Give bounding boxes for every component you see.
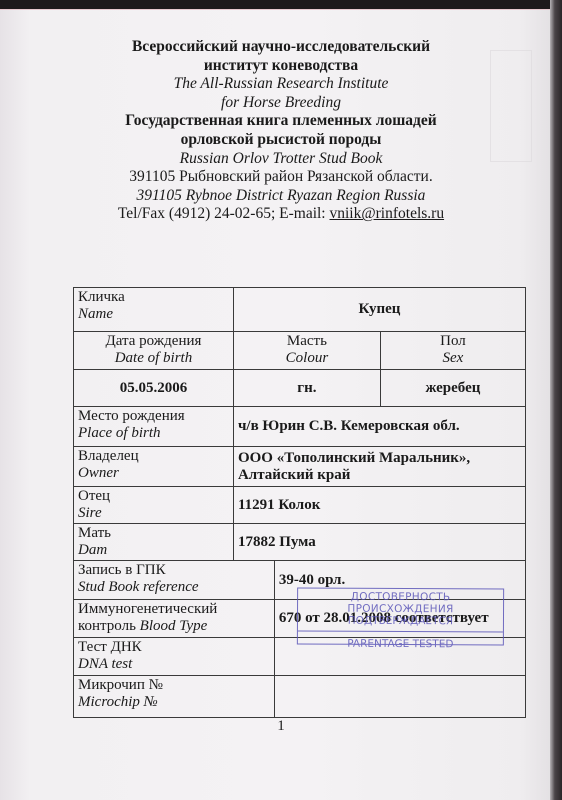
label-dna-test: Тест ДНК DNA test bbox=[74, 638, 275, 676]
value-sex: жеребец bbox=[380, 370, 525, 407]
parentage-tested-stamp: ДОСТОВЕРНОСТЬ ПРОИСХОЖДЕНИЯ ПОДТВЕРЖДАЕТ… bbox=[297, 587, 504, 645]
label-studbook-reference: Запись в ГПК Stud Book reference bbox=[74, 561, 275, 600]
institute-name-en-2: for Horse Breeding bbox=[0, 94, 562, 113]
value-dam: 17882 Пума bbox=[233, 524, 525, 561]
contact-line: Tel/Fax (4912) 24-02-65; E-mail: vniik@r… bbox=[0, 205, 562, 224]
label-blood-type: Иммуногенетический контроль Blood Type bbox=[74, 600, 275, 638]
row-sire: Отец Sire 11291 Колок bbox=[74, 487, 526, 524]
page-number: 1 bbox=[0, 718, 562, 735]
row-dob-colour-sex-labels: Дата рождения Date of birth Масть Colour… bbox=[74, 332, 526, 370]
contact-phone: Tel/Fax (4912) 24-02-65; E-mail: bbox=[118, 205, 330, 222]
studbook-title-ru-2: орловской рысистой породы bbox=[0, 131, 562, 150]
row-name: Кличка Name Купец bbox=[74, 288, 526, 332]
label-colour: Масть Colour bbox=[233, 332, 380, 370]
value-place-of-birth: ч/в Юрин С.В. Кемеровская обл. bbox=[233, 407, 525, 447]
stamp-line-3: PARENTAGE TESTED bbox=[298, 637, 503, 650]
institute-name-ru-1: Всероссийский научно-исследовательский bbox=[0, 38, 562, 57]
address-ru: 391105 Рыбновский район Рязанской област… bbox=[0, 168, 562, 187]
value-sire: 11291 Колок bbox=[233, 487, 525, 524]
label-owner: Владелец Owner bbox=[74, 447, 234, 487]
value-colour: гн. bbox=[233, 370, 380, 407]
studbook-title-en: Russian Orlov Trotter Stud Book bbox=[0, 150, 562, 169]
label-dob: Дата рождения Date of birth bbox=[74, 332, 234, 370]
row-dam: Мать Dam 17882 Пума bbox=[74, 524, 526, 561]
label-microchip: Микрочип № Microchip № bbox=[74, 676, 275, 718]
value-microchip bbox=[274, 676, 525, 718]
label-sire: Отец Sire bbox=[74, 487, 234, 524]
address-en: 391105 Rybnoe District Ryazan Region Rus… bbox=[0, 187, 562, 206]
studbook-title-ru-1: Государственная книга племенных лошадей bbox=[0, 112, 562, 131]
label-name: Кличка Name bbox=[74, 288, 234, 332]
row-place-of-birth: Место рождения Place of birth ч/в Юрин С… bbox=[74, 407, 526, 447]
label-place-of-birth: Место рождения Place of birth bbox=[74, 407, 234, 447]
horse-registration-table: Кличка Name Купец Дата рождения Date of … bbox=[73, 287, 526, 718]
document-header: Всероссийский научно-исследовательский и… bbox=[0, 38, 562, 224]
institute-name-ru-2: институт коневодства bbox=[0, 57, 562, 76]
value-owner: ООО «Тополинский Маральник», Алтайский к… bbox=[233, 447, 525, 487]
stamp-divider bbox=[298, 630, 503, 632]
stamp-line-1: ДОСТОВЕРНОСТЬ ПРОИСХОЖДЕНИЯ bbox=[298, 590, 503, 615]
row-dob-colour-sex-values: 05.05.2006 гн. жеребец bbox=[74, 370, 526, 407]
institute-name-en-1: The All-Russian Research Institute bbox=[0, 75, 562, 94]
stamp-line-2: ПОДТВЕРЖДАЕТСЯ bbox=[298, 614, 503, 627]
email-link[interactable]: vniik@rinfotels.ru bbox=[330, 205, 445, 222]
value-name: Купец bbox=[233, 288, 525, 332]
label-dam: Мать Dam bbox=[74, 524, 234, 561]
row-microchip: Микрочип № Microchip № bbox=[74, 676, 526, 718]
value-dob: 05.05.2006 bbox=[74, 370, 234, 407]
label-sex: Пол Sex bbox=[380, 332, 525, 370]
row-owner: Владелец Owner ООО «Тополинский Маральни… bbox=[74, 447, 526, 487]
